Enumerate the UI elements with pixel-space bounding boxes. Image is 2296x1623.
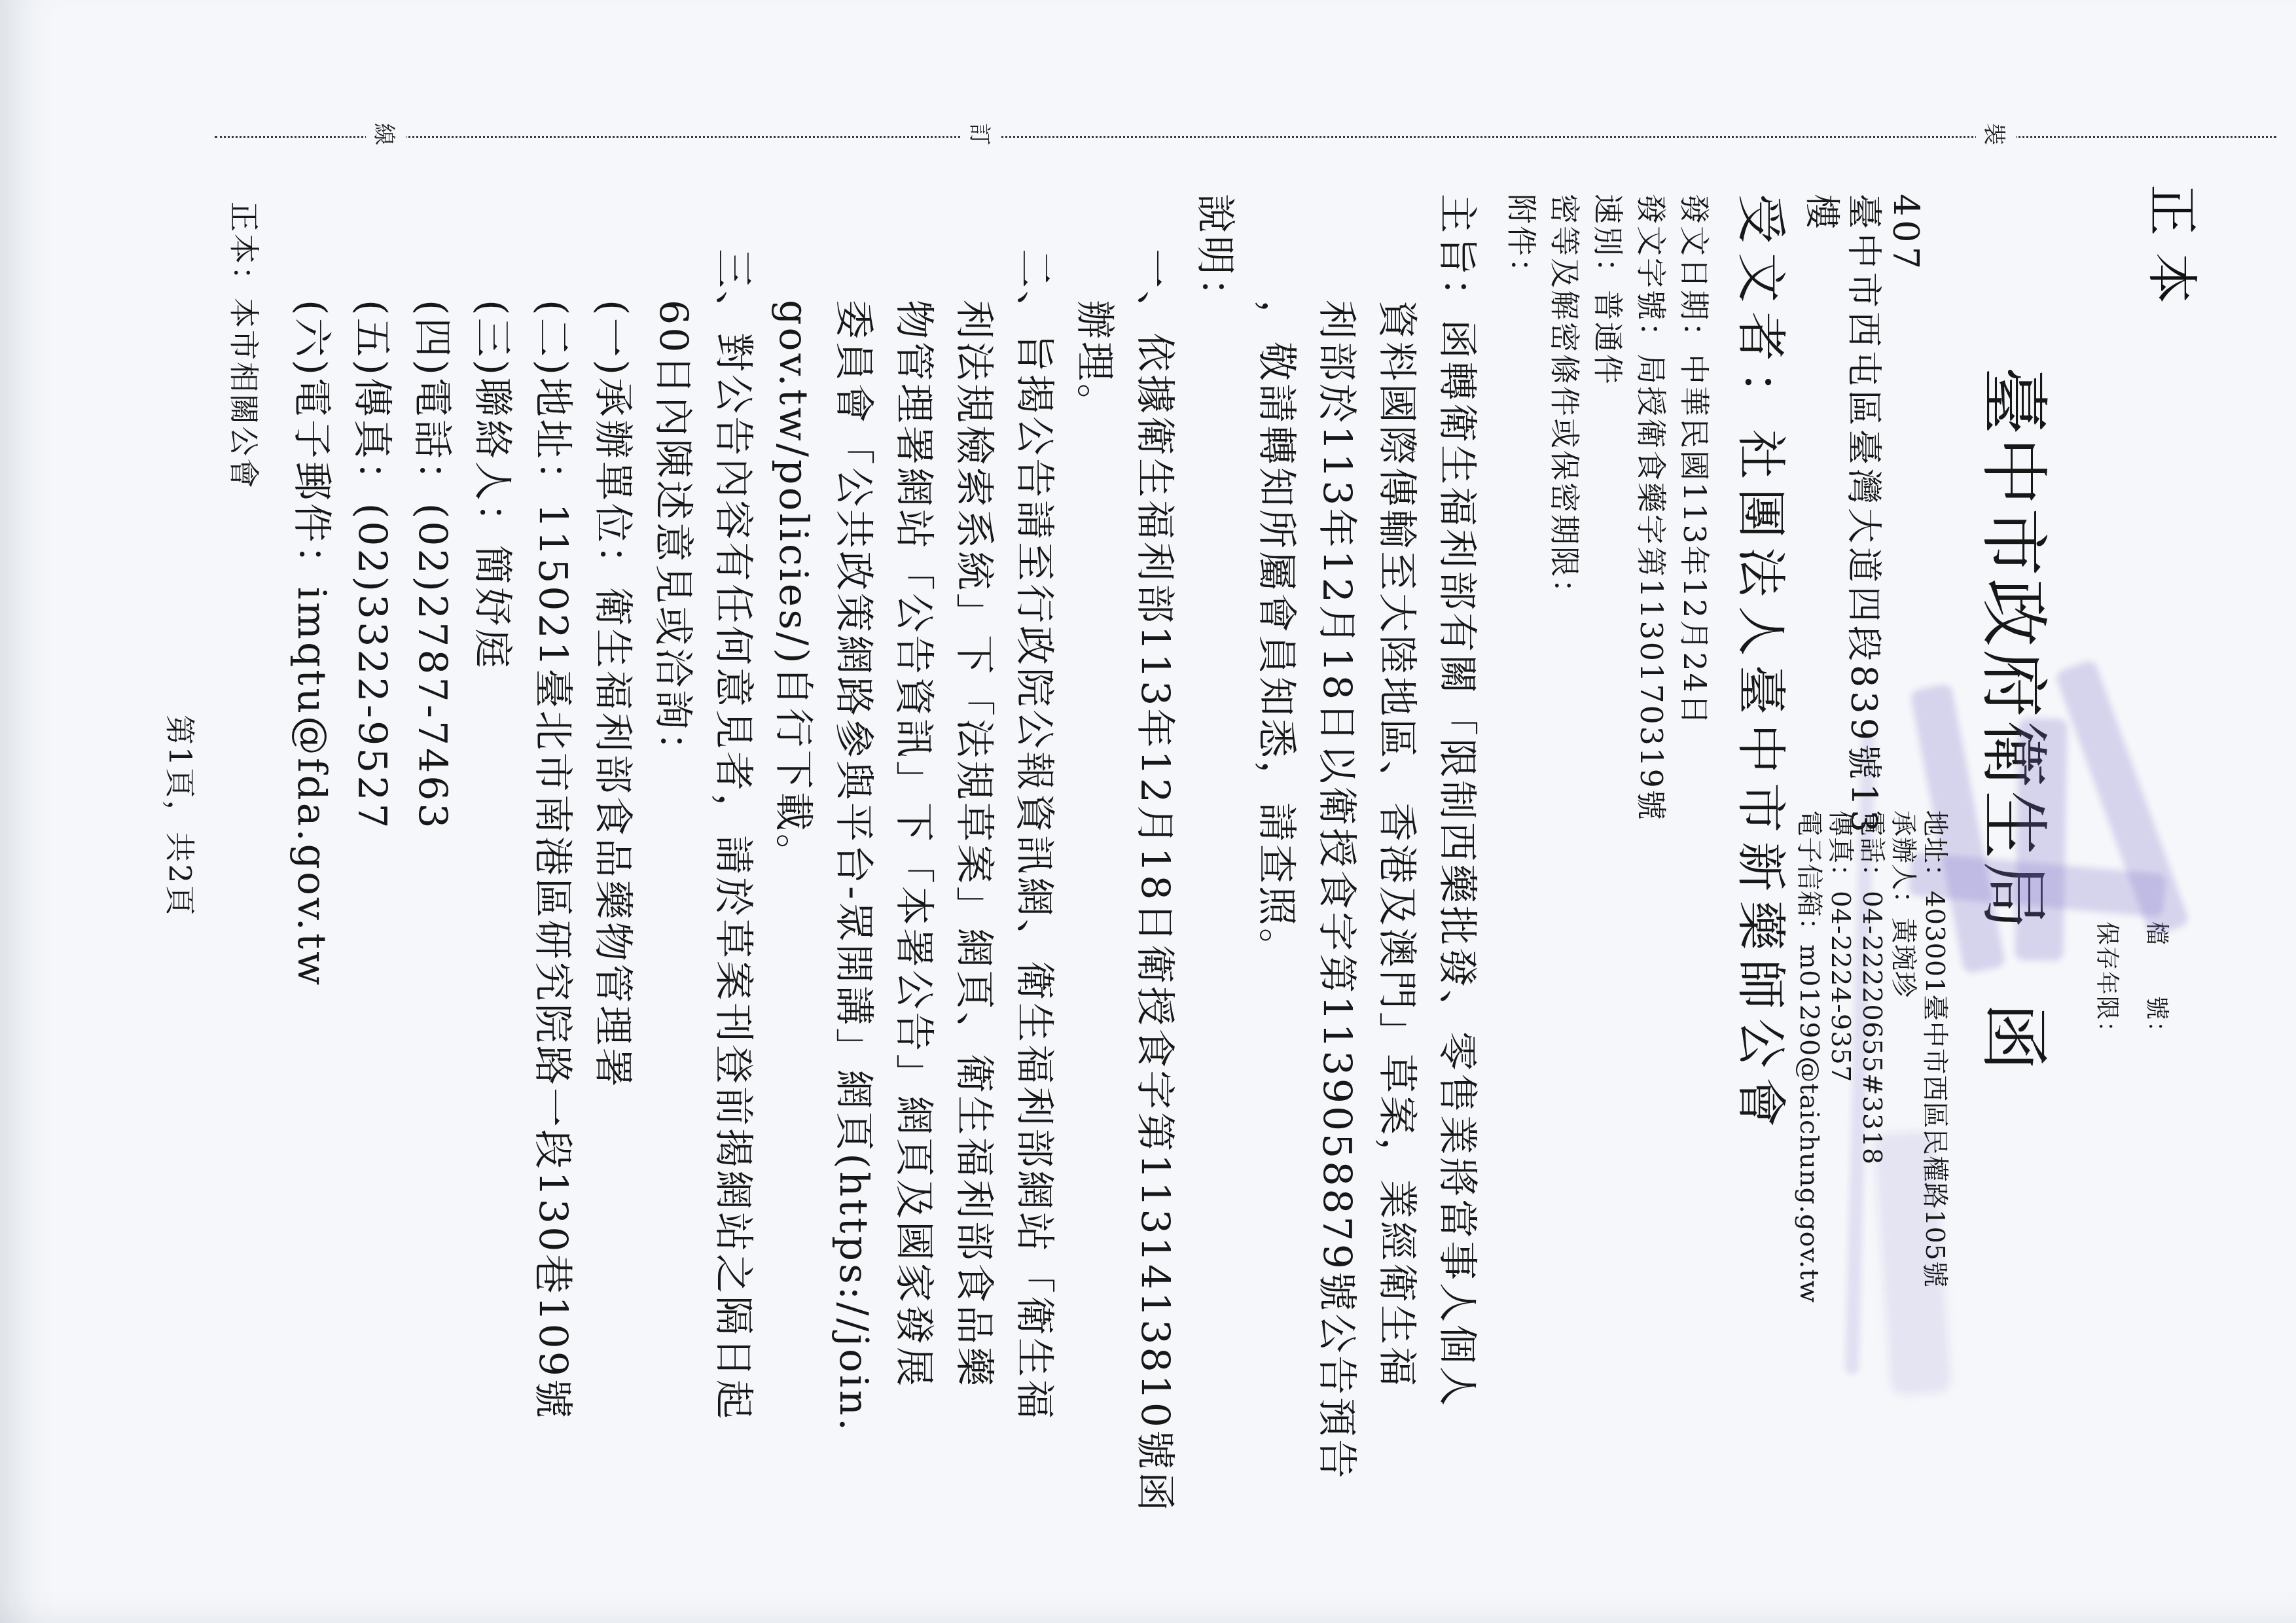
explanation-line: (四)電話：(02)2787-7463 — [412, 300, 452, 831]
issue-date-line: 發文日期：中華民國113年12月24日 — [1679, 194, 1710, 726]
explanation-label: 說明： — [1195, 194, 1234, 319]
sender-email: 電子信箱：m01290@taichung.gov.tw — [1796, 810, 1822, 1303]
sender-phone: 電話：04-22220655#3318 — [1859, 810, 1885, 1165]
recipient-address-line1: 臺中市西屯區臺灣大道四段839號13 — [1846, 194, 1881, 836]
sender-contact-person: 承辦人：黃琬珍 — [1890, 810, 1916, 998]
explanation-line: 二、旨揭公告請至行政院公報資訊網、衛生福利部網站「衛生福 — [1014, 249, 1054, 1421]
explanation-line: (三)聯絡人：簡妤庭 — [473, 300, 512, 671]
footer-copy-recipients: 正本：本市相關公會 — [229, 202, 259, 490]
subject-line: 利部於113年12月18日以衛授食字第1139058879號公告預告 — [1317, 300, 1356, 1481]
page-number: 第1頁，共2頁 — [165, 715, 195, 918]
explanation-line: (二)地址：115021臺北市南港區研究院路一段130巷109號 — [533, 300, 572, 1421]
recipient-postal-code: 407 — [1888, 194, 1923, 273]
explanation-line: (五)傳真：(02)3322-9527 — [352, 300, 391, 831]
original-copy-marker: 正本 — [2145, 185, 2197, 321]
explanation-line: (一)承辦單位：衛生福利部食品藥物管理署 — [593, 300, 632, 1090]
binding-char-zhuang: 裝 — [1976, 122, 2016, 147]
explanation-line: gov.tw/policies/)自行下載。 — [774, 300, 813, 876]
explanation-line: 利法規檢索系統」下「法規草案」網頁、衛生福利部食品藥 — [954, 300, 994, 1389]
recipient-line: 受文者：社團法人臺中市新藥師公會 — [1736, 194, 1785, 1136]
explanation-line: 一、依據衛生福利部113年12月18日衛授食字第1131413810號函 — [1135, 249, 1174, 1514]
explanation-line: 委員會「公共政策網路參與平台-眾開講」網頁(https://join. — [834, 300, 873, 1433]
explanation-line: 辦理。 — [1075, 300, 1114, 425]
document-number-line: 發文字號：局授衛食藥字第1130170319號 — [1636, 194, 1666, 822]
binding-char-ding: 訂 — [961, 122, 1001, 147]
binding-char-xian: 線 — [366, 122, 406, 147]
subject-line: ，敬請轉知所屬會員知悉，請查照。 — [1257, 300, 1296, 970]
sender-address: 地址：403001臺中市西區民權路105號 — [1922, 810, 1948, 1288]
explanation-line: 60日內陳述意見或洽詢： — [653, 300, 692, 774]
attachment-line: 附件： — [1507, 194, 1537, 290]
speed-class-line: 速別：普通件 — [1593, 194, 1623, 386]
security-class-line: 密等及解密條件或保密期限： — [1550, 194, 1580, 611]
explanation-line: 三、對公告內容有任何意見者，請於草案刊登前揭網站之隔日起 — [713, 249, 753, 1421]
sender-fax: 傳真：04-2224-9357 — [1827, 810, 1854, 1083]
subject-line: 資料國際傳輸至大陸地區、香港及澳門」草案，業經衛生福 — [1377, 300, 1416, 1389]
stamp-stroke — [2015, 718, 2067, 961]
explanation-line: 物管理署網站「公告資訊」下「本署公告」網頁及國家發展 — [894, 300, 933, 1389]
recipient-address-line2: 樓 — [1804, 194, 1839, 233]
binding-dotted-line — [215, 136, 2276, 138]
explanation-line: (六)電子郵件：imqtu@fda.gov.tw — [292, 300, 331, 988]
official-letter-page: 裝 訂 線 正本 檔 號： 保存年限： 臺中市政府衛生局 函 地址：403001… — [0, 0, 2296, 1623]
scanned-letter-canvas: 裝 訂 線 正本 檔 號： 保存年限： 臺中市政府衛生局 函 地址：403001… — [0, 0, 2296, 1623]
subject-line: 主旨：函轉衛生福利部有關「限制西藥批發、零售業將當事人個人 — [1437, 194, 1477, 1408]
